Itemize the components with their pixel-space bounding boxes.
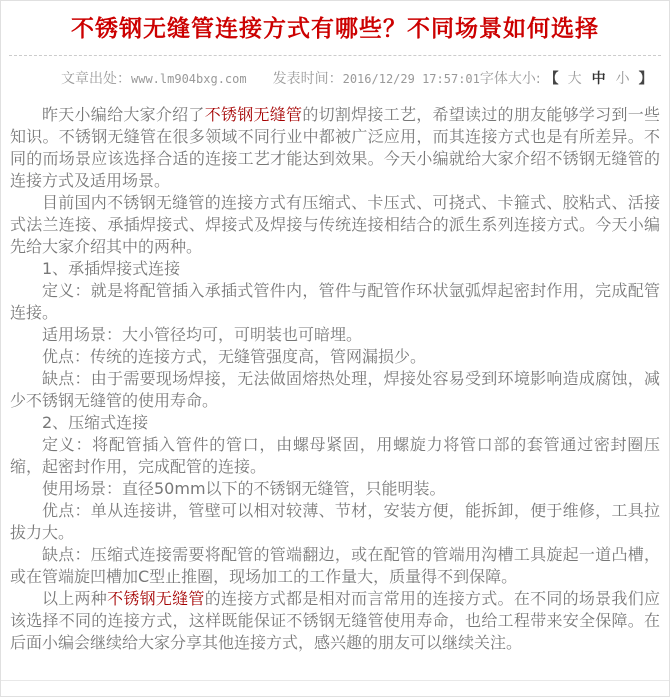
keyword-link-seamless-pipe[interactable]: 不锈钢无缝管 xyxy=(205,105,303,124)
method2-pros: 优点：单从连接讲，管壁可以相对较薄、节材，安装方便，能拆卸，便于维修，工具拉拔力… xyxy=(10,500,660,544)
bracket-open: 【 xyxy=(545,70,559,88)
heading-method-1: 1、承插焊接式连接 xyxy=(10,258,660,280)
method1-pros: 优点：传统的连接方式，无缝管强度高，管网漏损少。 xyxy=(10,346,660,368)
article-source-label: 文章出处： xyxy=(61,70,131,88)
meta-bar: 文章出处： www.lm904bxg.com 发表时间： 2016/12/29 … xyxy=(1,56,669,88)
article-body: 昨天小编给大家介绍了不锈钢无缝管的切割焊接工艺，希望读过的朋友能够学习到一些知识… xyxy=(1,88,669,654)
bracket-close: 】 xyxy=(639,70,653,88)
method1-cons: 缺点：由于需要现场焊接，无法做固熔热处理，焊接处容易受到环境影响造成腐蚀，减少不… xyxy=(10,368,660,412)
paragraph-intro-text: 昨天小编给大家介绍了 xyxy=(42,105,205,124)
article-source-url: www.lm904bxg.com xyxy=(131,70,247,88)
fontsize-label: 字体大小: xyxy=(480,70,541,88)
method2-definition: 定义：将配管插入管件的管口，由螺母紧固，用螺旋力将管口部的套管通过密封圈压缩，起… xyxy=(10,434,660,478)
font-size-large-button[interactable]: 大 xyxy=(568,70,582,88)
paragraph-closing-text: 以上两种 xyxy=(42,589,107,608)
font-size-medium-button[interactable]: 中 xyxy=(592,70,606,88)
keyword-link-seamless-pipe-2[interactable]: 不锈钢无缝管 xyxy=(107,589,205,608)
font-size-small-button[interactable]: 小 xyxy=(616,70,630,88)
page-title: 不锈钢无缝管连接方式有哪些？不同场景如何选择 xyxy=(11,14,659,44)
paragraph-closing: 以上两种不锈钢无缝管的连接方式都是相对而言常用的连接方式。在不同的场景我们应该选… xyxy=(10,588,660,654)
heading-method-2: 2、压缩式连接 xyxy=(10,412,660,434)
publish-time: 发表时间： 2016/12/29 17:57:01 xyxy=(273,70,480,88)
article-page: 不锈钢无缝管连接方式有哪些？不同场景如何选择 文章出处： www.lm904bx… xyxy=(0,0,670,697)
method2-scene: 使用场景：直径50mm以下的不锈钢无缝管，只能明装。 xyxy=(10,478,660,500)
publish-time-value: 2016/12/29 17:57:01 xyxy=(343,70,480,88)
method1-scene: 适用场景：大小管径均可，可明装也可暗埋。 xyxy=(10,324,660,346)
divider-bottom xyxy=(1,680,669,681)
publish-time-label: 发表时间： xyxy=(273,70,343,88)
article-source: 文章出处： www.lm904bxg.com xyxy=(61,70,247,88)
method2-cons: 缺点：压缩式连接需要将配管的管端翻边，或在配管的管端用沟槽工具旋起一道凸槽，或在… xyxy=(10,544,660,588)
method1-definition: 定义：就是将配管插入承插式管件内，管件与配管作环状氩弧焊起密封作用，完成配管连接… xyxy=(10,280,660,324)
paragraph-intro: 昨天小编给大家介绍了不锈钢无缝管的切割焊接工艺，希望读过的朋友能够学习到一些知识… xyxy=(10,104,660,192)
meta-left-group: 文章出处： www.lm904bxg.com 发表时间： 2016/12/29 … xyxy=(61,70,480,88)
paragraph-overview: 目前国内不锈钢无缝管的连接方式有压缩式、卡压式、可挠式、卡箍式、胶粘式、活接式法… xyxy=(10,192,660,258)
fontsize-control: 字体大小: 【 大 中 小 】 xyxy=(480,70,657,88)
